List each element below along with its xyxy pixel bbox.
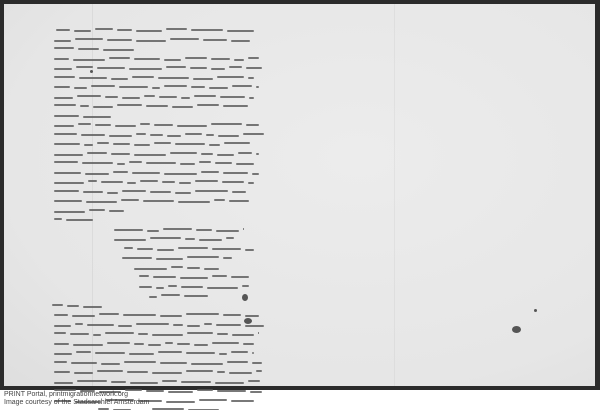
handwriting-line	[54, 311, 294, 320]
handwriting-line	[54, 368, 294, 377]
handwriting-line	[54, 283, 294, 292]
handwriting-line	[54, 273, 294, 282]
handwriting-line	[54, 264, 294, 273]
handwriting-line	[54, 26, 294, 35]
handwriting-line	[54, 254, 294, 263]
handwriting-line	[54, 102, 294, 111]
handwriting-line	[54, 121, 294, 130]
handwriting-line	[54, 226, 294, 235]
handwriting-line	[54, 207, 294, 216]
ink-blot	[534, 309, 537, 312]
credit-line-archive: Image courtesy of the Stadsarchief Amste…	[4, 399, 150, 407]
handwriting-line	[54, 112, 294, 121]
handwriting-line	[54, 292, 294, 301]
ink-blot	[90, 70, 93, 73]
handwriting-line	[54, 188, 294, 197]
handwriting-line	[54, 74, 294, 83]
handwriting-line	[54, 330, 294, 339]
handwriting-line	[54, 169, 294, 178]
handwriting-line	[54, 321, 294, 330]
handwriting-line	[54, 235, 294, 244]
handwriting-line	[54, 45, 294, 54]
handwriting-line	[54, 83, 294, 92]
handwriting-line	[54, 359, 294, 368]
handwriting-line	[54, 302, 294, 311]
handwriting-line	[54, 150, 294, 159]
manuscript-page	[4, 4, 595, 386]
handwriting-line	[54, 197, 294, 206]
ink-blot	[512, 326, 521, 333]
credit-line-portal: PRINT Portal, printmigrationnetwork.org	[4, 391, 150, 399]
handwriting-line	[54, 216, 294, 225]
handwriting-line	[54, 140, 294, 149]
handwriting-line	[54, 159, 294, 168]
handwriting-line	[54, 131, 294, 140]
handwriting-line	[54, 340, 294, 349]
ink-blot	[244, 318, 252, 324]
ink-blot	[242, 294, 248, 301]
image-credit: PRINT Portal, printmigrationnetwork.org …	[4, 391, 150, 407]
paper-fold	[394, 4, 395, 386]
handwritten-text	[54, 26, 294, 410]
handwriting-line	[54, 178, 294, 187]
handwriting-line	[54, 245, 294, 254]
handwriting-line	[54, 349, 294, 358]
handwriting-line	[54, 55, 294, 64]
scan-background	[0, 0, 600, 390]
handwriting-line	[54, 378, 294, 387]
handwriting-line	[54, 93, 294, 102]
handwriting-line	[54, 36, 294, 45]
